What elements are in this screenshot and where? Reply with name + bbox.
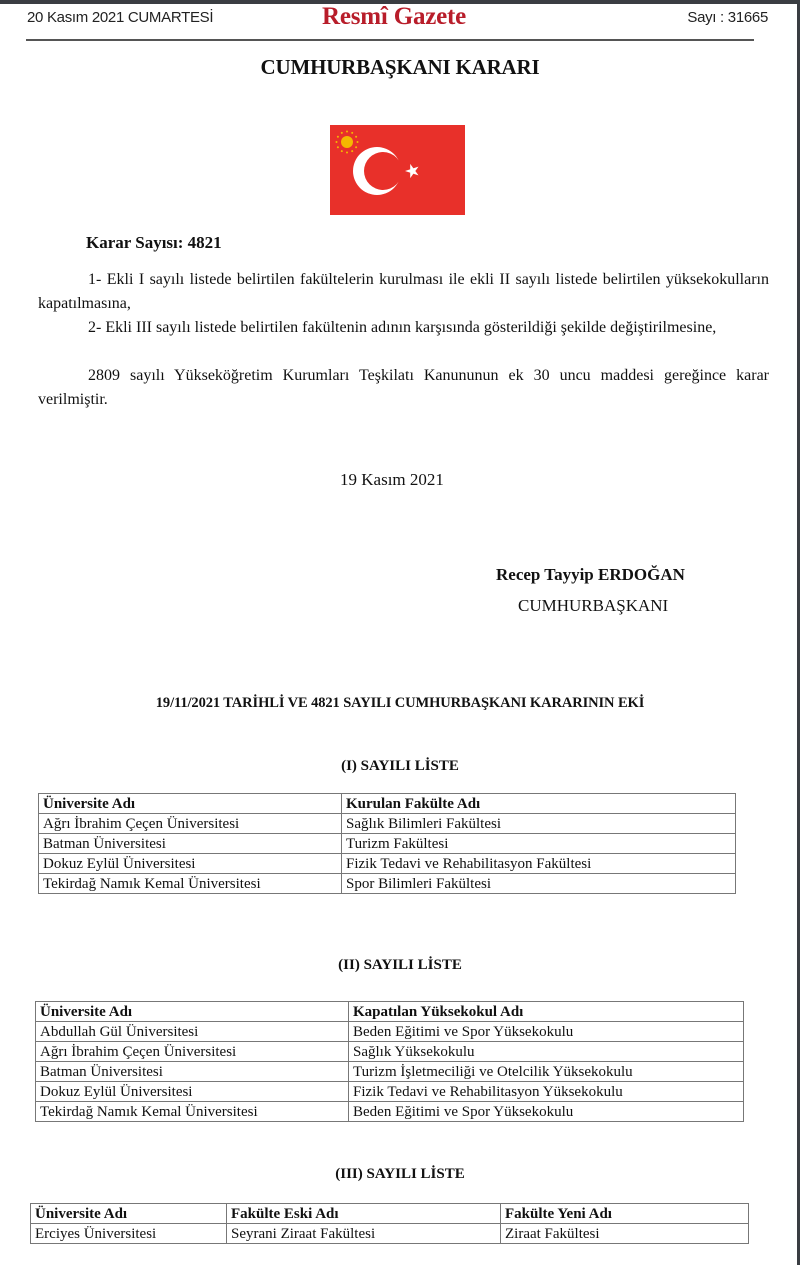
decision-paragraph-1: 1- Ekli I sayılı listede belirtilen fakü… [38, 268, 769, 316]
table-header-row: Üniversite Adı Kapatılan Yüksekokul Adı [36, 1002, 744, 1022]
old-faculty-name-cell: Seyrani Ziraat Fakültesi [227, 1224, 501, 1244]
school-cell: Beden Eğitimi ve Spor Yüksekokulu [349, 1102, 744, 1122]
presidential-flag-icon [330, 125, 465, 215]
table-row: Dokuz Eylül ÜniversitesiFizik Tedavi ve … [36, 1082, 744, 1102]
column-header: Üniversite Adı [36, 1002, 349, 1022]
table-row: Erciyes Üniversitesi Seyrani Ziraat Fakü… [31, 1224, 749, 1244]
document-title: CUMHURBAŞKANI KARARI [0, 55, 800, 80]
school-cell: Sağlık Yüksekokulu [349, 1042, 744, 1062]
signer-name: Recep Tayyip ERDOĞAN [496, 565, 685, 585]
gazette-date: 20 Kasım 2021 CUMARTESİ [27, 9, 213, 26]
signer-title: CUMHURBAŞKANI [518, 596, 668, 616]
school-cell: Turizm İşletmeciliği ve Otelcilik Yüksek… [349, 1062, 744, 1082]
university-cell: Tekirdağ Namık Kemal Üniversitesi [39, 874, 342, 894]
decision-date: 19 Kasım 2021 [340, 470, 444, 490]
university-cell: Erciyes Üniversitesi [31, 1224, 227, 1244]
university-cell: Ağrı İbrahim Çeçen Üniversitesi [36, 1042, 349, 1062]
gazette-title: Resmî Gazete [322, 3, 466, 31]
decision-paragraph-3: 2809 sayılı Yükseköğretim Kurumları Teşk… [38, 364, 769, 412]
list-3-title: (III) SAYILI LİSTE [0, 1166, 800, 1183]
table-row: Tekirdağ Namık Kemal ÜniversitesiBeden E… [36, 1102, 744, 1122]
table-row: Dokuz Eylül ÜniversitesiFizik Tedavi ve … [39, 854, 736, 874]
table-header-row: Üniversite Adı Kurulan Fakülte Adı [39, 794, 736, 814]
column-header: Kapatılan Yüksekokul Adı [349, 1002, 744, 1022]
table-header-row: Üniversite Adı Fakülte Eski Adı Fakülte … [31, 1204, 749, 1224]
list-3-table: Üniversite Adı Fakülte Eski Adı Fakülte … [30, 1203, 749, 1244]
faculty-cell: Spor Bilimleri Fakültesi [342, 874, 736, 894]
column-header: Fakülte Eski Adı [227, 1204, 501, 1224]
university-cell: Batman Üniversitesi [36, 1062, 349, 1082]
table-row: Ağrı İbrahim Çeçen ÜniversitesiSağlık Yü… [36, 1042, 744, 1062]
table-row: Batman ÜniversitesiTurizm Fakültesi [39, 834, 736, 854]
gazette-issue-number: Sayı : 31665 [687, 9, 768, 26]
table-row: Batman ÜniversitesiTurizm İşletmeciliği … [36, 1062, 744, 1082]
table-row: Abdullah Gül ÜniversitesiBeden Eğitimi v… [36, 1022, 744, 1042]
faculty-cell: Sağlık Bilimleri Fakültesi [342, 814, 736, 834]
column-header: Kurulan Fakülte Adı [342, 794, 736, 814]
decision-paragraph-2: 2- Ekli III sayılı listede belirtilen fa… [38, 316, 769, 340]
faculty-cell: Fizik Tedavi ve Rehabilitasyon Fakültesi [342, 854, 736, 874]
list-2-table: Üniversite Adı Kapatılan Yüksekokul Adı … [35, 1001, 744, 1122]
list-1-title: (I) SAYILI LİSTE [0, 758, 800, 775]
university-cell: Batman Üniversitesi [39, 834, 342, 854]
university-cell: Dokuz Eylül Üniversitesi [39, 854, 342, 874]
column-header: Üniversite Adı [31, 1204, 227, 1224]
annex-title: 19/11/2021 TARİHLİ VE 4821 SAYILI CUMHUR… [0, 695, 800, 712]
list-1-table: Üniversite Adı Kurulan Fakülte Adı Ağrı … [38, 793, 736, 894]
header-divider [26, 39, 754, 41]
university-cell: Abdullah Gül Üniversitesi [36, 1022, 349, 1042]
column-header: Üniversite Adı [39, 794, 342, 814]
table-row: Ağrı İbrahim Çeçen ÜniversitesiSağlık Bi… [39, 814, 736, 834]
university-cell: Ağrı İbrahim Çeçen Üniversitesi [39, 814, 342, 834]
list-2-title: (II) SAYILI LİSTE [0, 957, 800, 974]
column-header: Fakülte Yeni Adı [501, 1204, 749, 1224]
new-faculty-name-cell: Ziraat Fakültesi [501, 1224, 749, 1244]
table-row: Tekirdağ Namık Kemal ÜniversitesiSpor Bi… [39, 874, 736, 894]
university-cell: Dokuz Eylül Üniversitesi [36, 1082, 349, 1102]
university-cell: Tekirdağ Namık Kemal Üniversitesi [36, 1102, 349, 1122]
school-cell: Beden Eğitimi ve Spor Yüksekokulu [349, 1022, 744, 1042]
faculty-cell: Turizm Fakültesi [342, 834, 736, 854]
school-cell: Fizik Tedavi ve Rehabilitasyon Yüksekoku… [349, 1082, 744, 1102]
decision-number: Karar Sayısı: 4821 [86, 233, 222, 253]
